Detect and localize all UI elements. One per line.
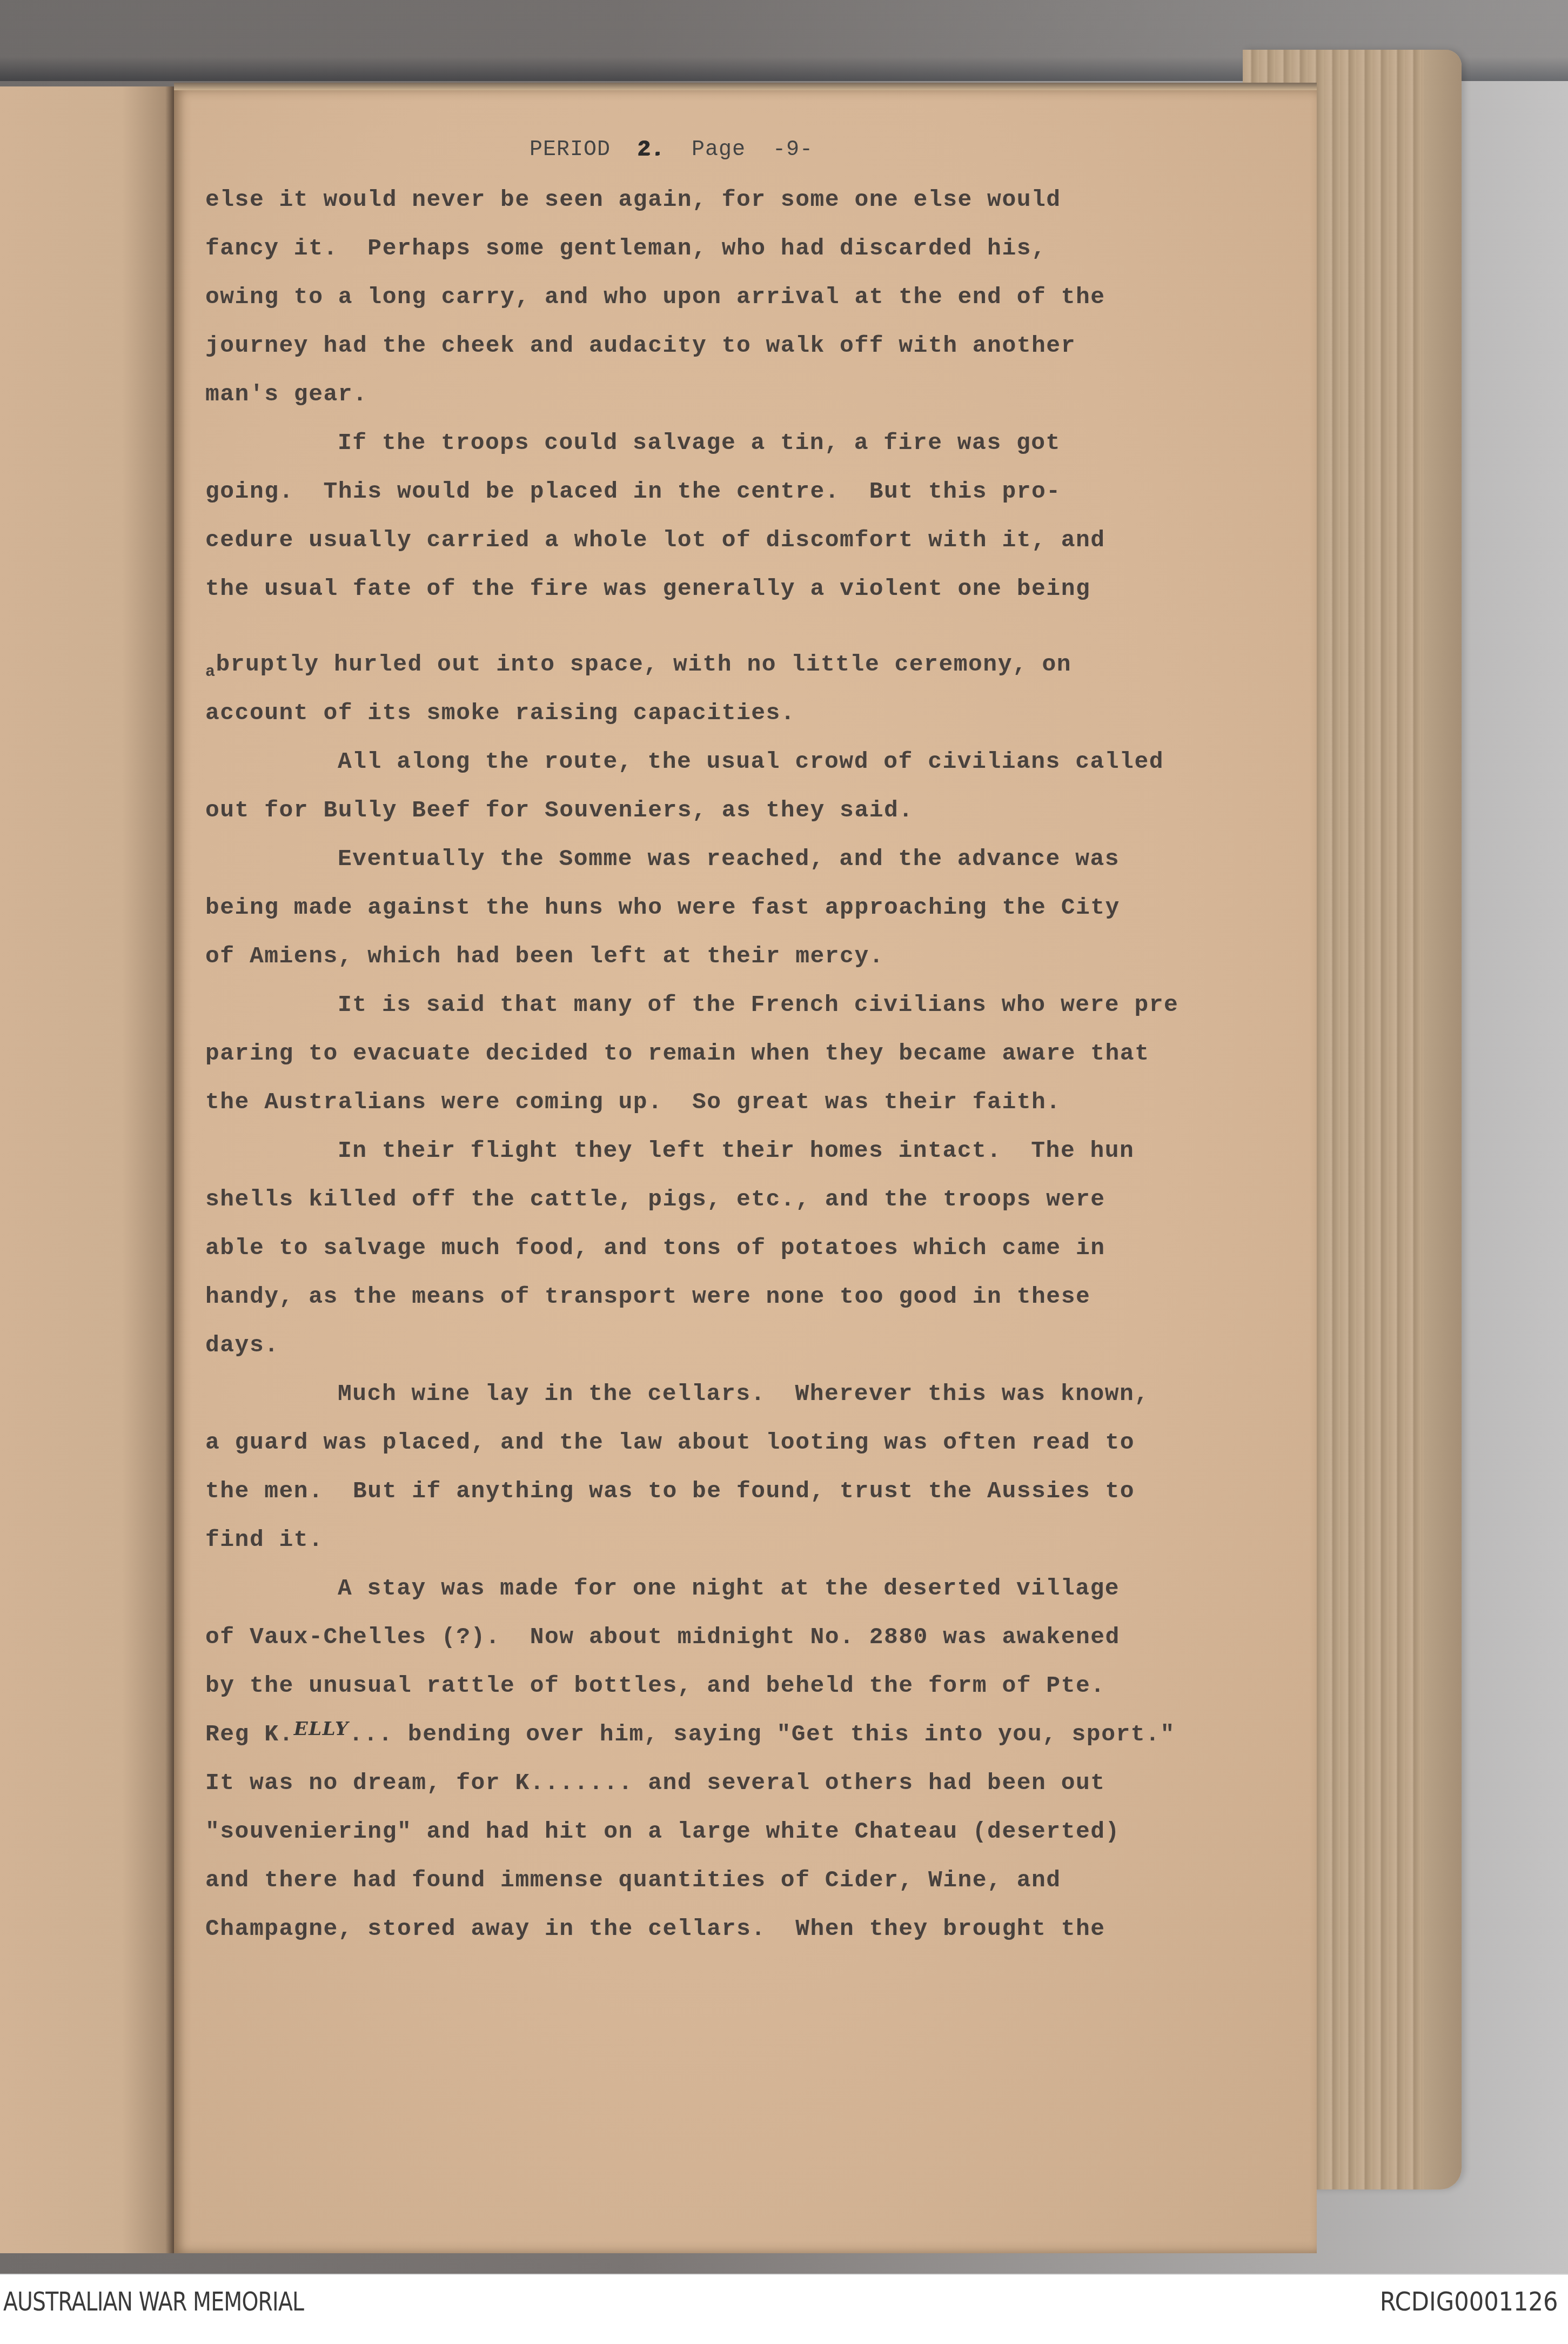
page-label: Page	[692, 138, 746, 162]
typed-text: going. This would be placed in the centr…	[205, 478, 1061, 505]
typed-text: owing to a long carry, and who upon arri…	[205, 284, 1105, 310]
period-label: PERIOD	[530, 138, 611, 162]
text-line: owing to a long carry, and who upon arri…	[205, 284, 1105, 310]
text-line: "souveniering" and had hit on a large wh…	[205, 1818, 1120, 1845]
typed-text: Much wine lay in the cellars. Wherever t…	[338, 1381, 1149, 1407]
text-line: handy, as the means of transport were no…	[205, 1283, 1090, 1310]
text-line: the men. But if anything was to be found…	[205, 1478, 1135, 1504]
typed-text: out for Bully Beef for Souveniers, as th…	[205, 797, 914, 823]
text-line: able to salvage much food, and tons of p…	[205, 1235, 1105, 1261]
record-id: RCDIG0001126	[1380, 2287, 1558, 2317]
text-line: a guard was placed, and the law about lo…	[205, 1429, 1135, 1456]
book-cover-edge	[1424, 50, 1462, 2189]
text-line: and there had found immense quantities o…	[205, 1867, 1061, 1893]
text-line: Eventually the Somme was reached, and th…	[338, 846, 1120, 872]
typed-text: days.	[205, 1332, 279, 1358]
typed-text: fancy it. Perhaps some gentleman, who ha…	[205, 235, 1046, 262]
text-line: of Vaux-Chelles (?). Now about midnight …	[205, 1624, 1120, 1650]
typed-text: handy, as the means of transport were no…	[205, 1283, 1090, 1310]
typed-text: paring to evacuate decided to remain whe…	[205, 1040, 1149, 1067]
typed-text: journey had the cheek and audacity to wa…	[205, 332, 1076, 359]
typed-text: bruptly hurled out into space, with no l…	[216, 651, 1072, 678]
text-line: journey had the cheek and audacity to wa…	[205, 332, 1076, 359]
typed-text: the usual fate of the fire was generally…	[205, 575, 1090, 602]
text-line: find it.	[205, 1526, 323, 1553]
text-line: the Australians were coming up. So great…	[205, 1089, 1061, 1115]
text-line: fancy it. Perhaps some gentleman, who ha…	[205, 235, 1046, 262]
text-line: All along the route, the usual crowd of …	[338, 748, 1164, 775]
page-header-text: PERIOD 2. Page -9-	[530, 138, 813, 162]
text-line: else it would never be seen again, for s…	[205, 186, 1061, 213]
text-line: account of its smoke raising capacities.	[205, 700, 795, 726]
typed-page: PERIOD 2. Page -9- else it would never b…	[174, 89, 1317, 2253]
typed-text: else it would never be seen again, for s…	[205, 186, 1061, 213]
text-line: Champagne, stored away in the cellars. W…	[205, 1916, 1105, 1942]
text-line: Much wine lay in the cellars. Wherever t…	[338, 1381, 1149, 1407]
misaligned-letter: a	[205, 663, 216, 681]
typed-text: It is said that many of the French civil…	[338, 992, 1178, 1018]
typed-text: "souveniering" and had hit on a large wh…	[205, 1818, 1120, 1845]
page-number: -9-	[773, 138, 813, 162]
typed-text: ... bending over him, saying "Get this i…	[349, 1721, 1175, 1747]
typed-text: All along the route, the usual crowd of …	[338, 748, 1164, 775]
typed-text: and there had found immense quantities o…	[205, 1867, 1061, 1893]
typed-text: A stay was made for one night at the des…	[338, 1575, 1120, 1602]
archive-footer: AUSTRALIAN WAR MEMORIAL RCDIG0001126	[0, 2274, 1568, 2344]
typed-text: shells killed off the cattle, pigs, etc.…	[205, 1186, 1105, 1213]
period-number: 2.	[638, 138, 665, 162]
text-line: being made against the huns who were fas…	[205, 894, 1120, 921]
text-line: the usual fate of the fire was generally…	[205, 575, 1090, 602]
typed-text: It was no dream, for K....... and severa…	[205, 1770, 1105, 1796]
text-line: A stay was made for one night at the des…	[338, 1575, 1120, 1602]
institution-name: AUSTRALIAN WAR MEMORIAL	[3, 2287, 304, 2317]
typed-text: able to salvage much food, and tons of p…	[205, 1235, 1105, 1261]
text-line: abruptly hurled out into space, with no …	[205, 651, 1071, 678]
text-line: It is said that many of the French civil…	[338, 992, 1178, 1018]
typed-text: If the troops could salvage a tin, a fir…	[338, 430, 1061, 456]
typed-text: the Australians were coming up. So great…	[205, 1089, 1061, 1115]
text-line: shells killed off the cattle, pigs, etc.…	[205, 1186, 1105, 1213]
typed-text: cedure usually carried a whole lot of di…	[205, 527, 1105, 553]
text-line: In their flight they left their homes in…	[338, 1137, 1134, 1164]
typed-text: Reg K.	[205, 1721, 294, 1747]
typed-text: Eventually the Somme was reached, and th…	[338, 846, 1120, 872]
typed-text: account of its smoke raising capacities.	[205, 700, 795, 726]
typed-text: by the unusual rattle of bottles, and be…	[205, 1672, 1105, 1699]
typed-text: of Amiens, which had been left at their …	[205, 943, 884, 969]
handwritten-insertion: ELLY	[294, 1718, 349, 1740]
text-line: going. This would be placed in the centr…	[205, 478, 1061, 505]
typed-text: a guard was placed, and the law about lo…	[205, 1429, 1135, 1456]
text-line: days.	[205, 1332, 279, 1358]
text-line: It was no dream, for K....... and severa…	[205, 1770, 1105, 1796]
text-line: Reg K.ELLY... bending over him, saying "…	[205, 1721, 1175, 1747]
typed-text: In their flight they left their homes in…	[338, 1137, 1134, 1164]
text-line: paring to evacuate decided to remain whe…	[205, 1040, 1149, 1067]
text-line: by the unusual rattle of bottles, and be…	[205, 1672, 1105, 1699]
typed-text: man's gear.	[205, 381, 367, 407]
typed-text: Champagne, stored away in the cellars. W…	[205, 1916, 1105, 1942]
text-line: of Amiens, which had been left at their …	[205, 943, 884, 969]
typed-text: of Vaux-Chelles (?). Now about midnight …	[205, 1624, 1120, 1650]
typed-text: the men. But if anything was to be found…	[205, 1478, 1135, 1504]
text-line: If the troops could salvage a tin, a fir…	[338, 430, 1061, 456]
left-page-blank	[0, 86, 174, 2253]
typed-text: find it.	[205, 1526, 323, 1553]
text-line: out for Bully Beef for Souveniers, as th…	[205, 797, 914, 823]
text-line: cedure usually carried a whole lot of di…	[205, 527, 1105, 553]
text-line: man's gear.	[205, 381, 367, 407]
typed-text: being made against the huns who were fas…	[205, 894, 1120, 921]
